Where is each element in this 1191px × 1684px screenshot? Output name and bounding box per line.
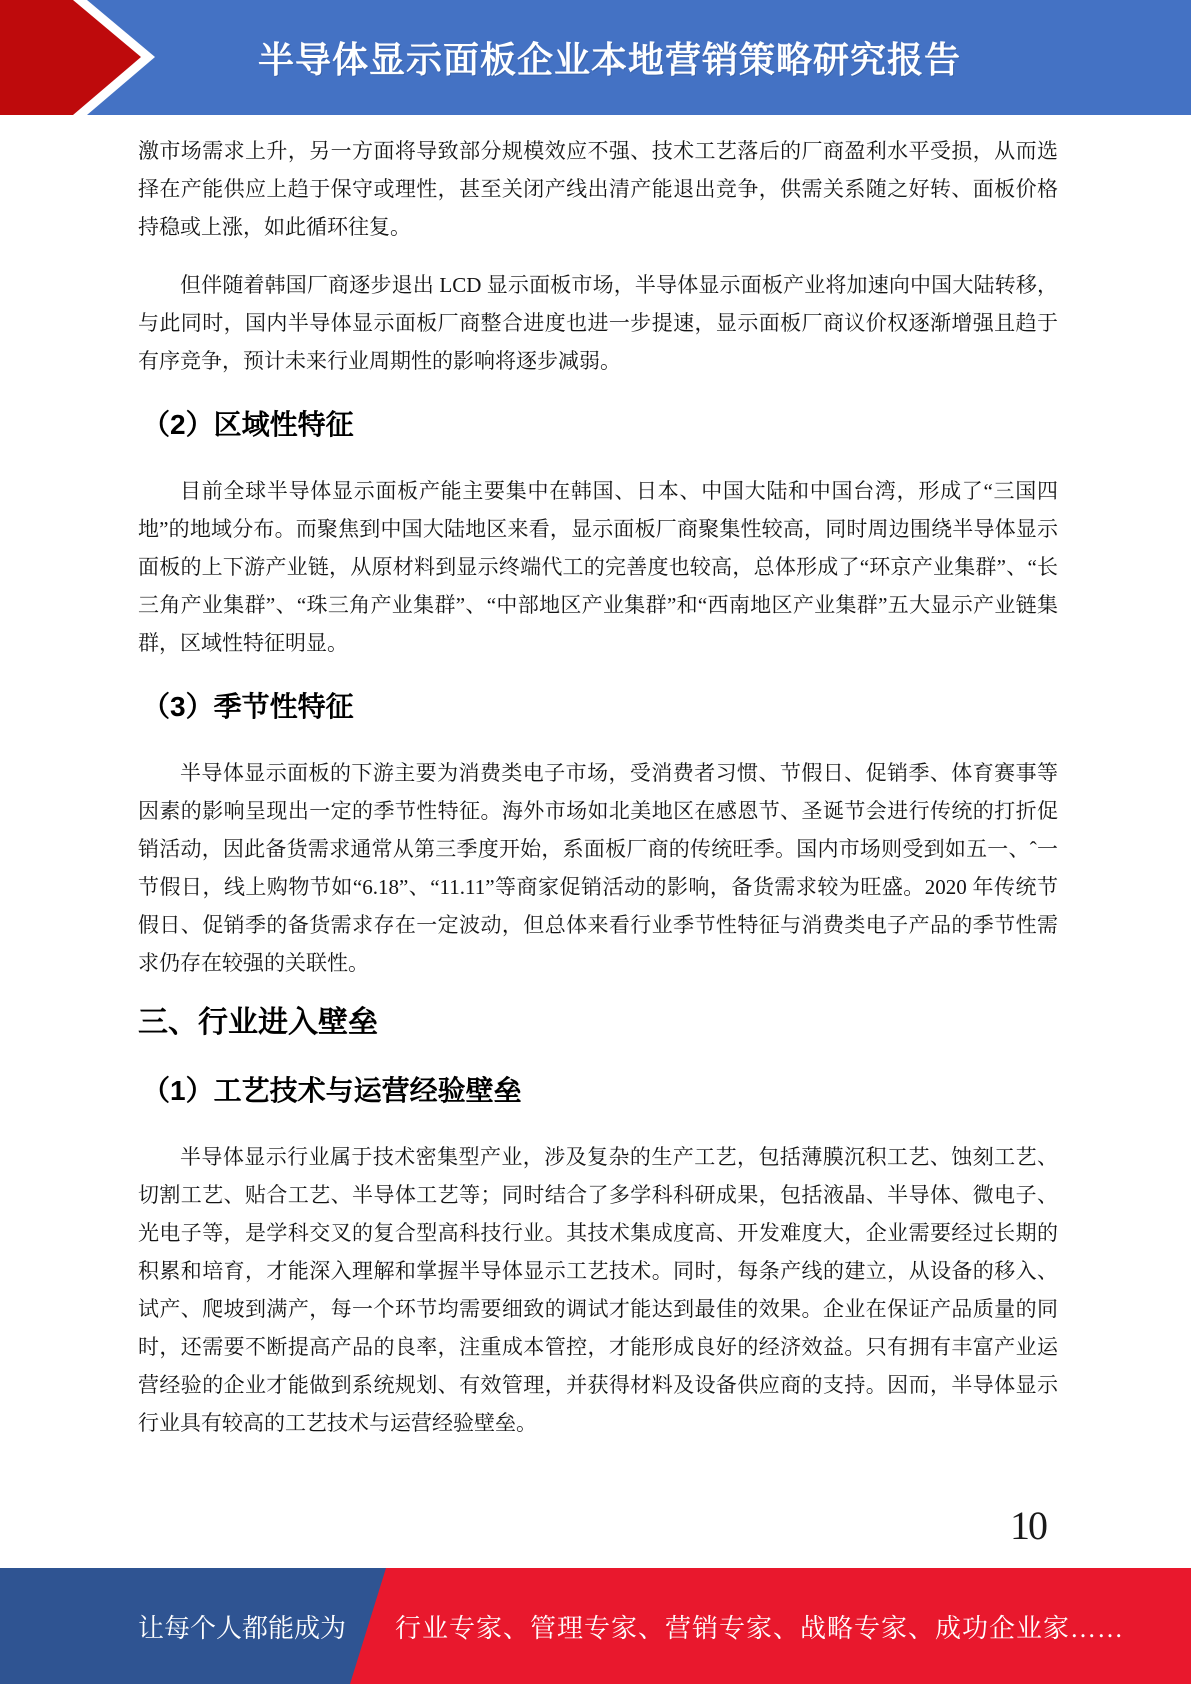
red-chevron-icon bbox=[0, 0, 160, 115]
section-heading-regional: （2）区域性特征 bbox=[138, 406, 1058, 444]
page-number: 10 bbox=[1010, 1502, 1080, 1549]
footer-tagline-left: 让每个人都能成为 bbox=[138, 1608, 346, 1645]
page: 半导体显示面板企业本地营销策略研究报告 激市场需求上升，另一方面将导致部分规模效… bbox=[0, 0, 1191, 1684]
paragraph-regional: 目前全球半导体显示面板产能主要集中在韩国、日本、中国大陆和中国台湾，形成了“三国… bbox=[138, 472, 1058, 662]
document-body: 激市场需求上升，另一方面将导致部分规模效应不强、技术工艺落后的厂商盈利水平受损，… bbox=[138, 132, 1058, 1462]
footer-band: 让每个人都能成为 行业专家、管理专家、营销专家、战略专家、成功企业家…… bbox=[0, 1568, 1191, 1684]
footer-blue-panel: 让每个人都能成为 bbox=[0, 1568, 420, 1684]
paragraph-tech-barrier: 半导体显示行业属于技术密集型产业，涉及复杂的生产工艺，包括薄膜沉积工艺、蚀刻工艺… bbox=[138, 1138, 1058, 1442]
page-title: 半导体显示面板企业本地营销策略研究报告 bbox=[230, 32, 961, 83]
chapter-heading-entry-barriers: 三、行业进入壁垒 bbox=[138, 1002, 1058, 1044]
paragraph-cycle-continuation: 激市场需求上升，另一方面将导致部分规模效应不强、技术工艺落后的厂商盈利水平受损，… bbox=[138, 132, 1058, 246]
paragraph-seasonal: 半导体显示面板的下游主要为消费类电子市场，受消费者习惯、节假日、促销季、体育赛事… bbox=[138, 754, 1058, 982]
header-banner: 半导体显示面板企业本地营销策略研究报告 bbox=[0, 0, 1191, 115]
section-heading-tech-barrier: （1）工艺技术与运营经验壁垒 bbox=[138, 1072, 1058, 1110]
section-heading-seasonal: （3）季节性特征 bbox=[138, 688, 1058, 726]
paragraph-korea-exit: 但伴随着韩国厂商逐步退出 LCD 显示面板市场，半导体显示面板产业将加速向中国大… bbox=[138, 266, 1058, 380]
footer-tagline-right: 行业专家、管理专家、营销专家、战略专家、成功企业家…… bbox=[395, 1568, 1124, 1684]
